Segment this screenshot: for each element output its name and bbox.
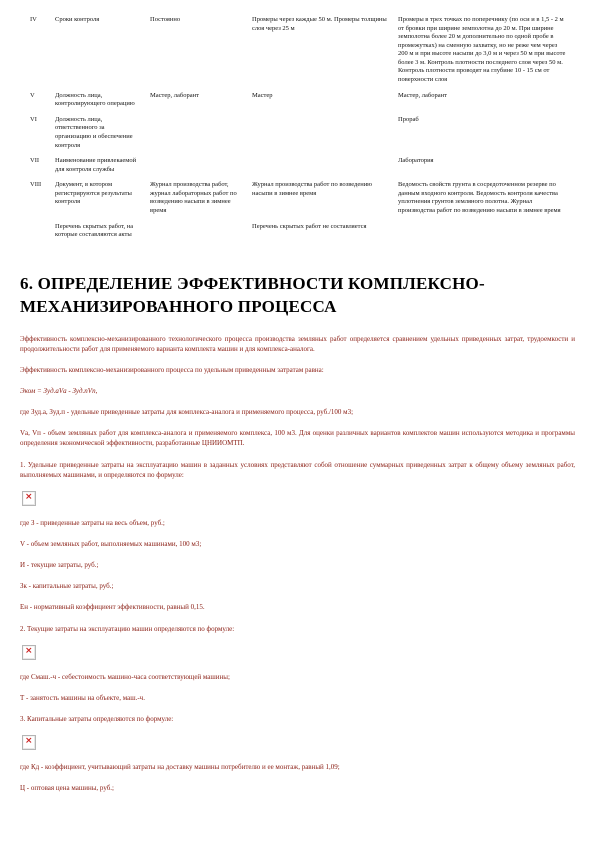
row-number-cell: V bbox=[30, 92, 55, 116]
broken-image-x-icon: × bbox=[25, 737, 33, 746]
section-heading: 6. ОПРЕДЕЛЕНИЕ ЭФФЕКТИВНОСТИ КОМПЛЕКСНО-… bbox=[20, 273, 575, 319]
value-cell-1 bbox=[150, 223, 252, 247]
paragraph: 3. Капитальные затраты определяются по ф… bbox=[20, 714, 575, 724]
document-page: IV Сроки контроля Постоянно Промеры чере… bbox=[0, 0, 595, 842]
parameter-cell: Должность лица, ответственного за органи… bbox=[55, 116, 150, 157]
control-table-body: IV Сроки контроля Постоянно Промеры чере… bbox=[30, 16, 575, 247]
paragraph: Ен - нормативный коэффициент эффективнос… bbox=[20, 602, 575, 612]
value-cell-3: Ведомость свойств грунта в сосредоточенн… bbox=[398, 181, 575, 222]
paragraph: Зк - капитальные затраты, руб.; bbox=[20, 581, 575, 591]
value-cell-1 bbox=[150, 116, 252, 157]
value-cell-2: Журнал производства работ по возведению … bbox=[252, 181, 398, 222]
value-cell-2: Промеры через каждые 50 м. Промеры толщи… bbox=[252, 16, 398, 92]
parameter-cell: Документ, в котором регистрируются резул… bbox=[55, 181, 150, 222]
value-cell-2 bbox=[252, 157, 398, 181]
table-row: IV Сроки контроля Постоянно Промеры чере… bbox=[30, 16, 575, 92]
paragraph: Эффективность комплексно-механизированно… bbox=[20, 334, 575, 354]
value-cell-1 bbox=[150, 157, 252, 181]
value-cell-3: Лаборатория bbox=[398, 157, 575, 181]
value-cell-1: Мастер, лаборант bbox=[150, 92, 252, 116]
paragraph: И - текущие затраты, руб.; bbox=[20, 560, 575, 570]
paragraph: V - объем земляных работ, выполняемых ма… bbox=[20, 539, 575, 549]
row-number-cell: VIII bbox=[30, 181, 55, 222]
broken-image-icon: × bbox=[22, 491, 36, 506]
value-cell-3 bbox=[398, 223, 575, 247]
parameter-cell: Перечень скрытых работ, на которые соста… bbox=[55, 223, 150, 247]
paragraph: Ц - оптовая цена машины, руб.; bbox=[20, 783, 575, 793]
paragraph: где Кд - коэффициент, учитывающий затрат… bbox=[20, 762, 575, 772]
paragraph: где Смаш.-ч - себестоимость машино-часа … bbox=[20, 672, 575, 682]
row-number-cell: VI bbox=[30, 116, 55, 157]
table-row: VIII Документ, в котором регистрируются … bbox=[30, 181, 575, 222]
broken-image-x-icon: × bbox=[25, 493, 33, 502]
parameter-cell: Должность лица, контролирующего операцию bbox=[55, 92, 150, 116]
section-body: Эффективность комплексно-механизированно… bbox=[20, 334, 575, 794]
value-cell-2: Перечень скрытых работ не составляется bbox=[252, 223, 398, 247]
paragraph: Т - занятость машины на объекте, маш.-ч. bbox=[20, 693, 575, 703]
paragraph: Эффективность комплексно-механизированно… bbox=[20, 365, 575, 375]
broken-image-x-icon: × bbox=[25, 647, 33, 656]
row-number-cell: IV bbox=[30, 16, 55, 92]
value-cell-3: Промеры в трех точках по поперечнику (по… bbox=[398, 16, 575, 92]
paragraph: 1. Удельные приведенные затраты на экспл… bbox=[20, 460, 575, 480]
value-cell-2 bbox=[252, 116, 398, 157]
table-row: VI Должность лица, ответственного за орг… bbox=[30, 116, 575, 157]
table-row: V Должность лица, контролирующего операц… bbox=[30, 92, 575, 116]
paragraph: Эком = Зуд.аVа - Зуд.пVп, bbox=[20, 386, 575, 396]
broken-image-icon: × bbox=[22, 735, 36, 750]
paragraph: Vа, Vп - объем земляных работ для компле… bbox=[20, 428, 575, 448]
paragraph: 2. Текущие затраты на эксплуатацию машин… bbox=[20, 624, 575, 634]
control-table: IV Сроки контроля Постоянно Промеры чере… bbox=[30, 16, 575, 247]
value-cell-3: Мастер, лаборант bbox=[398, 92, 575, 116]
value-cell-3: Прораб bbox=[398, 116, 575, 157]
value-cell-1: Постоянно bbox=[150, 16, 252, 92]
paragraph: где З - приведенные затраты на весь объе… bbox=[20, 518, 575, 528]
value-cell-1: Журнал производства работ, журнал лабора… bbox=[150, 181, 252, 222]
table-row: VII Наименование привлекаемой для контро… bbox=[30, 157, 575, 181]
row-number-cell bbox=[30, 223, 55, 247]
parameter-cell: Наименование привлекаемой для контроля с… bbox=[55, 157, 150, 181]
row-number-cell: VII bbox=[30, 157, 55, 181]
broken-image-icon: × bbox=[22, 645, 36, 660]
table-row: Перечень скрытых работ, на которые соста… bbox=[30, 223, 575, 247]
parameter-cell: Сроки контроля bbox=[55, 16, 150, 92]
value-cell-2: Мастер bbox=[252, 92, 398, 116]
paragraph: где Зуд.а, Зуд.п - удельные приведенные … bbox=[20, 407, 575, 417]
